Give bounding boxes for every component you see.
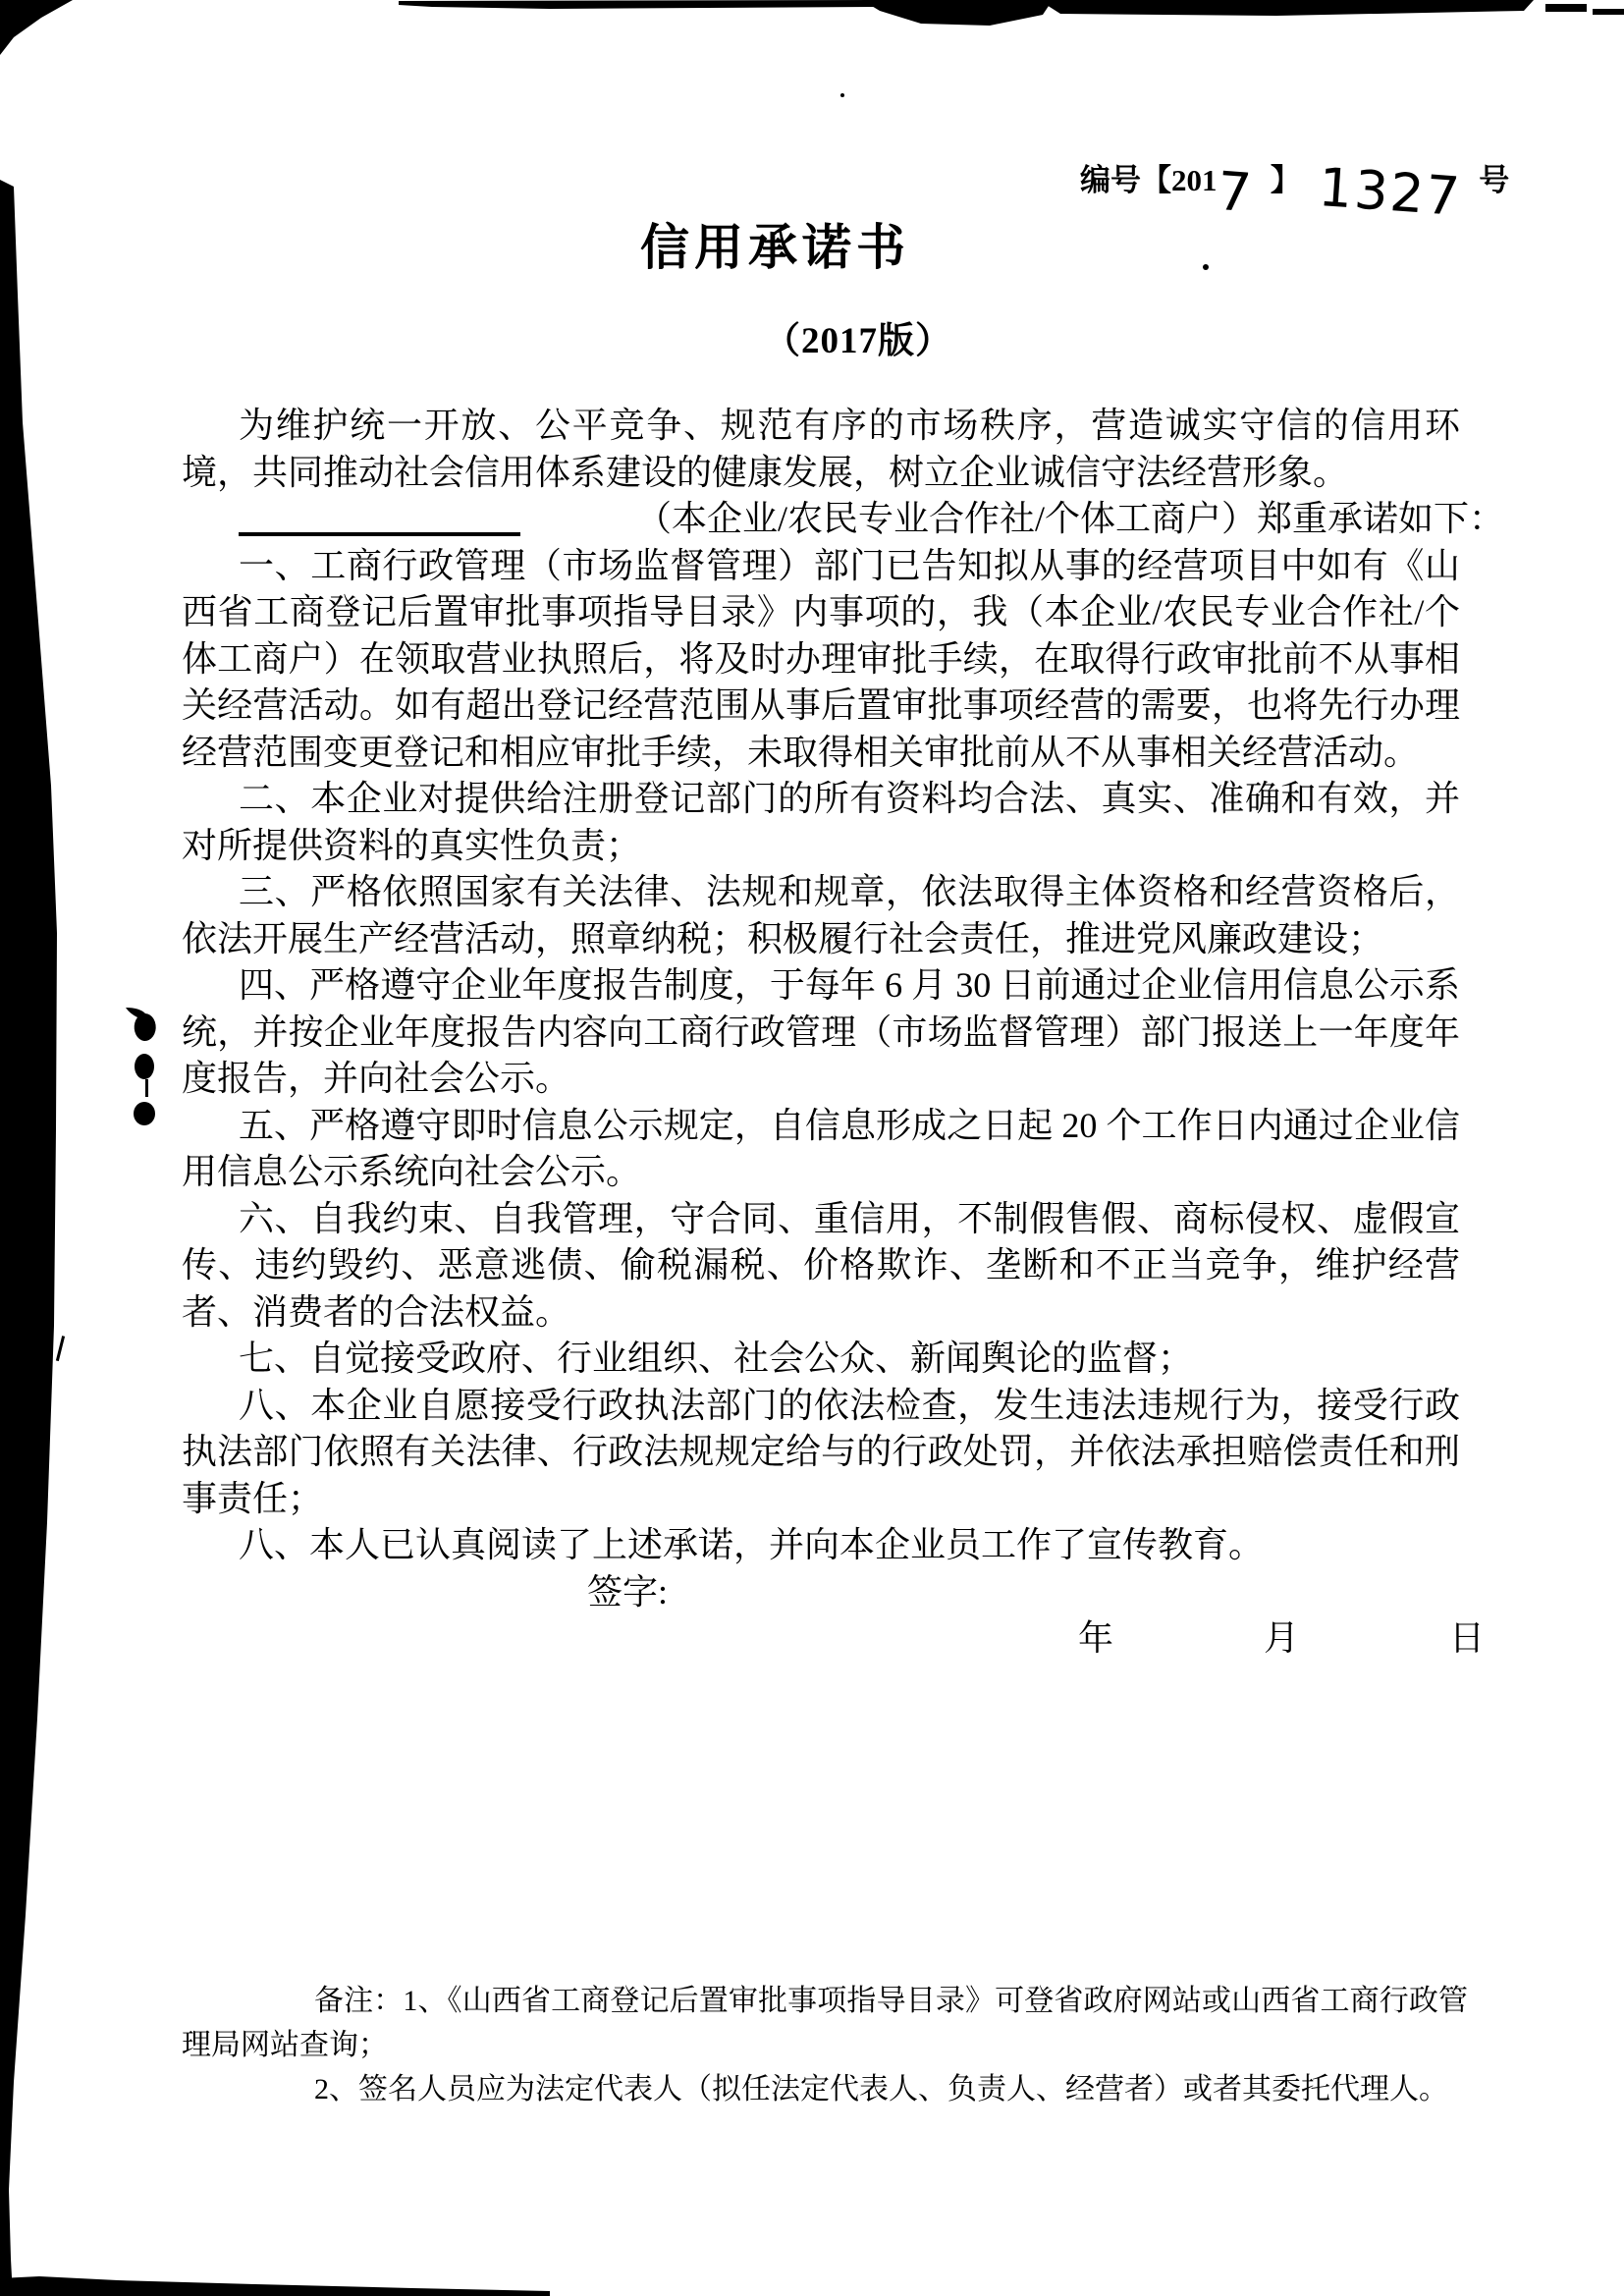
document-version: （2017版） (764, 310, 952, 363)
commitment-item-7: 七、自觉接受政府、行业组织、社会公众、新闻舆论的监督； (182, 1336, 1460, 1383)
scan-top-dash (1545, 4, 1587, 12)
promise-intro-line: （本企业/农民专业合作社/个体工商户）郑重承诺如下： (182, 496, 1460, 543)
speck (56, 1336, 65, 1361)
ink-blot (135, 1054, 154, 1079)
ink-blot (134, 1102, 155, 1125)
intro-paragraph: 为维护统一开放、公平竞争、规范有序的市场秩序，营造诚实守信的信用环境，共同推动社… (182, 403, 1460, 496)
scan-top-band-blob (862, 0, 1053, 26)
document-title: 信用承诺书 (640, 208, 910, 279)
serial-number-handwritten: 1327 (1319, 188, 1461, 197)
commitment-item-4: 四、严格遵守企业年度报告制度，于每年 6 月 30 日前通过企业信用信息公示系统… (182, 962, 1460, 1103)
serial-closing-bracket: 】 (1271, 163, 1301, 197)
commitment-item-2: 二、本企业对提供给注册登记部门的所有资料均合法、真实、准确和有效，并对所提供资料… (182, 776, 1460, 869)
date-month-label: 月 (1207, 1615, 1299, 1663)
scan-top-band-thin (399, 0, 884, 9)
speck (1203, 264, 1209, 270)
promise-intro-text: （本企业/农民专业合作社/个体工商户）郑重承诺如下： (636, 499, 1504, 538)
signature-label: 签字: (182, 1569, 1460, 1616)
serial-prefix: 编号【201 (1080, 163, 1218, 197)
date-year-label: 年 (1078, 1618, 1113, 1658)
footer-notes: 备注：1、《山西省工商登记后置审批事项指导目录》可登省政府网站或山西省工商行政管… (182, 1979, 1468, 2111)
commitment-item-9: 八、本人已认真阅读了上述承诺，并向本企业员工作了宣传教育。 (182, 1522, 1460, 1569)
date-day-label: 日 (1392, 1615, 1485, 1663)
speck (840, 93, 844, 97)
scan-top-dash (1593, 9, 1624, 15)
commitment-item-1: 一、工商行政管理（市场监督管理）部门已告知拟从事的经营项目中如有《山西省工商登记… (182, 543, 1460, 777)
scanned-document-page: 编号【2017】1327号 信用承诺书 （2017版） 为维护统一开放、公平竞争… (0, 0, 1624, 2296)
serial-year-handwritten: 7 (1218, 191, 1253, 194)
scan-top-band-wide (1039, 0, 1534, 16)
serial-number-line: 编号【2017】1327号 (1080, 155, 1509, 199)
commitment-item-5: 五、严格遵守即时信息公示规定，自信息形成之日起 20 个工作日内通过企业信用信息… (182, 1103, 1460, 1196)
serial-suffix: 号 (1479, 163, 1509, 197)
scan-left-band (0, 180, 57, 2296)
scan-corner-wedge (0, 0, 73, 55)
date-line: 年月日 (182, 1615, 1460, 1663)
commitment-item-6: 六、自我约束、自我管理，守合同、重信用，不制假售假、商标侵权、虚假宣传、违约毁约… (182, 1196, 1460, 1337)
commitment-item-8: 八、本企业自愿接受行政执法部门的依法检查，发生违法违规行为，接受行政执法部门依照… (182, 1383, 1460, 1523)
commitment-item-3: 三、严格依照国家有关法律、法规和规章，依法取得主体资格和经营资格后，依法开展生产… (182, 869, 1460, 962)
scan-bottom-strip (0, 2276, 550, 2296)
footer-note-1: 备注：1、《山西省工商登记后置审批事项指导目录》可登省政府网站或山西省工商行政管… (182, 1979, 1468, 2067)
ink-blot-tail (145, 1079, 148, 1097)
company-name-blank (239, 497, 520, 536)
ink-blot (126, 1008, 156, 1041)
document-body: 为维护统一开放、公平竞争、规范有序的市场秩序，营造诚实守信的信用环境，共同推动社… (182, 403, 1460, 1663)
footer-note-2: 2、签名人员应为法定代表人（拟任法定代表人、负责人、经营者）或者其委托代理人。 (182, 2067, 1468, 2111)
